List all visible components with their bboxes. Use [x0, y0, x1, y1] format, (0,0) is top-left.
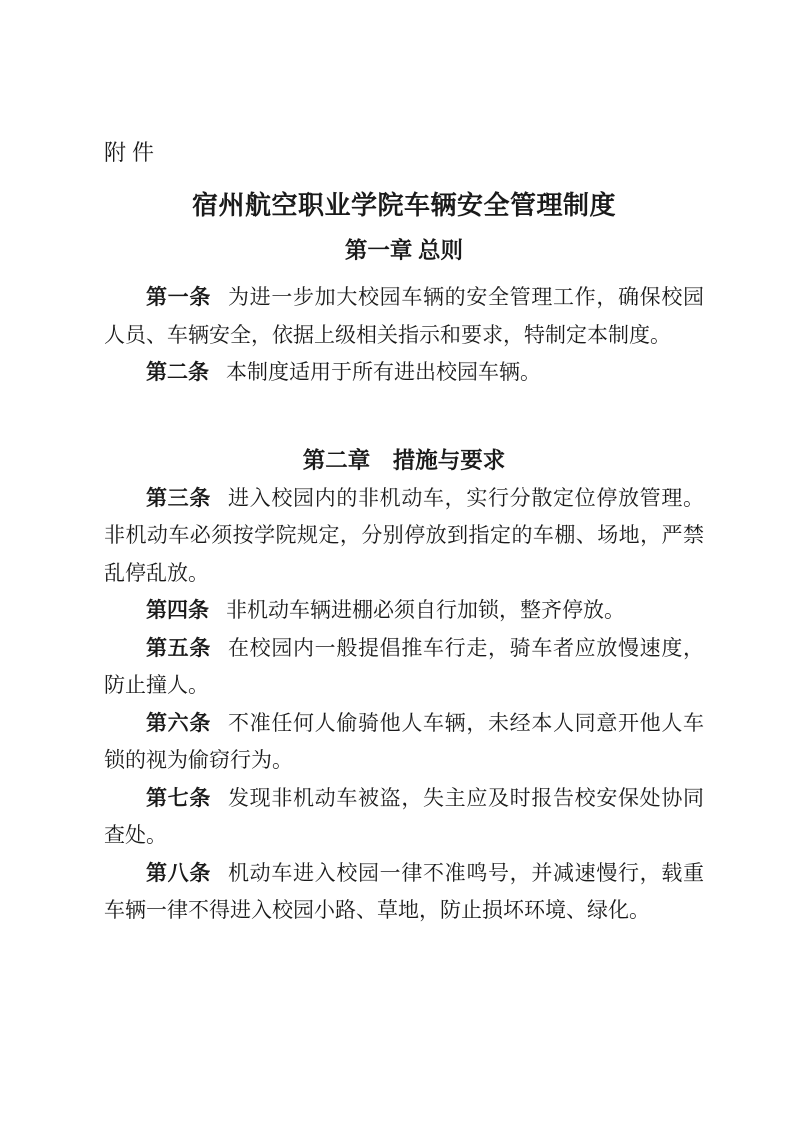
article-4-text: 非机动车辆进棚必须自行加锁，整齐停放。	[226, 598, 625, 622]
article-4-number: 第四条	[146, 598, 209, 622]
document-title: 宿州航空职业学院车辆安全管理制度	[104, 186, 704, 226]
document-page: 附件 宿州航空职业学院车辆安全管理制度 第一章 总则 第一条为进一步加大校园车辆…	[0, 0, 793, 1122]
article-5: 第五条在校园内一般提倡推车行走，骑车者应放慢速度，防止撞人。	[104, 630, 704, 705]
article-5-number: 第五条	[146, 636, 211, 660]
article-1: 第一条为进一步加大校园车辆的安全管理工作，确保校园人员、车辆安全，依据上级相关指…	[104, 279, 704, 354]
article-2: 第二条本制度适用于所有进出校园车辆。	[104, 354, 704, 392]
article-8-number: 第八条	[146, 861, 211, 885]
article-3-number: 第三条	[146, 486, 211, 510]
article-6: 第六条不准任何人偷骑他人车辆，未经本人同意开他人车锁的视为偷窃行为。	[104, 705, 704, 780]
article-1-number: 第一条	[146, 285, 211, 309]
article-3: 第三条进入校园内的非机动车，实行分散定位停放管理。非机动车必须按学院规定，分别停…	[104, 480, 704, 593]
article-2-number: 第二条	[146, 360, 209, 384]
article-2-text: 本制度适用于所有进出校园车辆。	[226, 360, 541, 384]
article-7: 第七条发现非机动车被盗，失主应及时报告校安保处协同查处。	[104, 780, 704, 855]
article-6-number: 第六条	[146, 711, 211, 735]
chapter-2-heading: 第二章 措施与要求	[104, 442, 704, 480]
article-7-number: 第七条	[146, 786, 211, 810]
article-8: 第八条机动车进入校园一律不准鸣号，并减速慢行，载重车辆一律不得进入校园小路、草地…	[104, 855, 704, 930]
attachment-label: 附件	[104, 136, 704, 170]
article-4: 第四条非机动车辆进棚必须自行加锁，整齐停放。	[104, 592, 704, 630]
chapter-1-heading: 第一章 总则	[104, 232, 704, 270]
